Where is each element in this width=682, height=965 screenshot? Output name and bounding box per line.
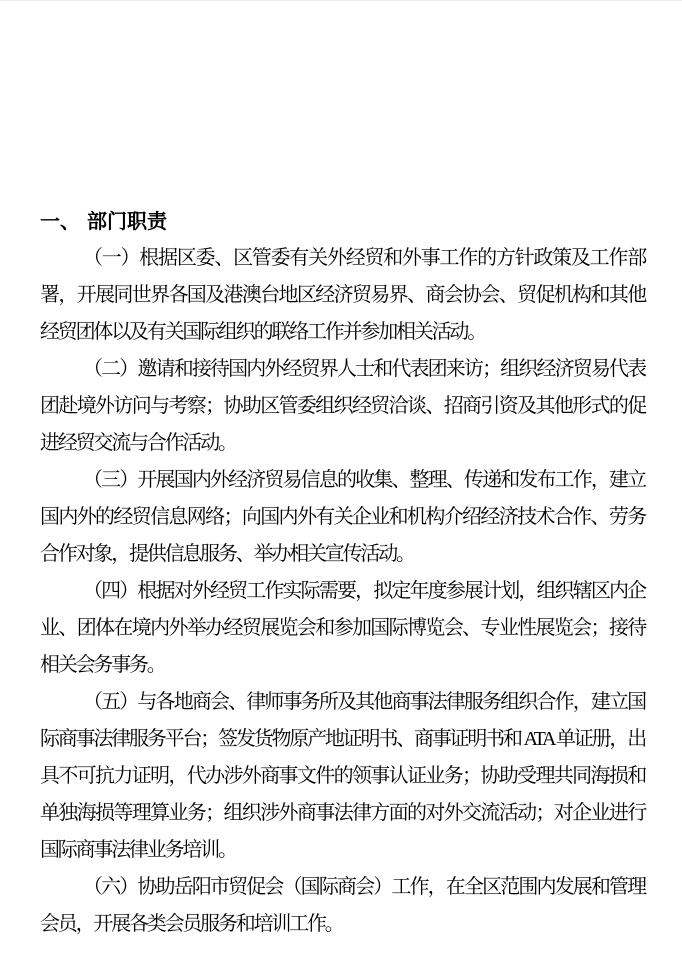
- paragraph: （二）邀请和接待国内外经贸界人士和代表团来访；组织经济贸易代表团赴境外访问与考察…: [40, 351, 645, 462]
- paragraph: （一）根据区委、区管委有关外经贸和外事工作的方针政策及工作部署，开展同世界各国及…: [40, 240, 645, 351]
- paragraph: （六）协助岳阳市贸促会（国际商会）工作，在全区范围内发展和管理会员，开展各类会员…: [40, 869, 645, 943]
- section-heading: 一、部门职责: [40, 203, 645, 240]
- paragraph: （三）开展国内外经济贸易信息的收集、整理、传递和发布工作，建立国内外的经贸信息网…: [40, 462, 645, 573]
- section-heading-title: 部门职责: [87, 209, 167, 233]
- document-page: 一、部门职责 （一）根据区委、区管委有关外经贸和外事工作的方针政策及工作部署，开…: [0, 0, 682, 965]
- paragraph: （四）根据对外经贸工作实际需要，拟定年度参展计划，组织辖区内企业、团体在境内外举…: [40, 573, 645, 684]
- paragraph: （五）与各地商会、律师事务所及其他商事法律服务组织合作，建立国际商事法律服务平台…: [40, 684, 645, 869]
- document-body: （一）根据区委、区管委有关外经贸和外事工作的方针政策及工作部署，开展同世界各国及…: [40, 240, 645, 943]
- section-heading-number: 一、: [40, 209, 80, 233]
